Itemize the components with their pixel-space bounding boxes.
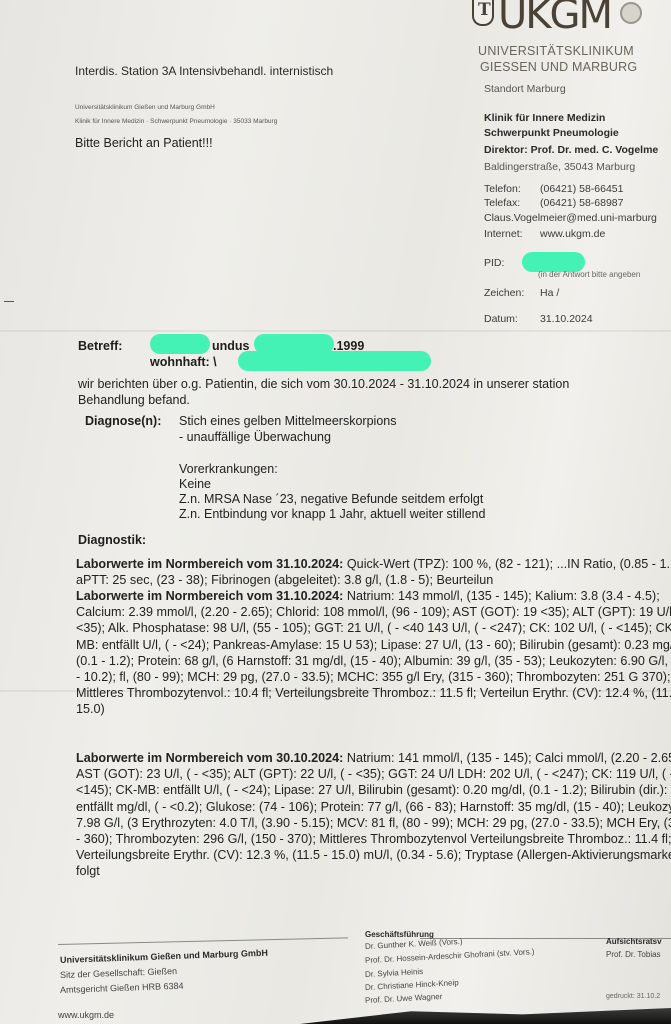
zeichen-value: Ha /: [540, 287, 559, 299]
management-member: Dr. Christiane Hinck-Kneip: [365, 978, 459, 992]
redaction-name: [150, 334, 210, 354]
footer-court: Amtsgericht Gießen HRB 6384: [60, 981, 184, 995]
board-label: Aufsichtsratsv: [606, 937, 662, 946]
internet-value[interactable]: www.ukgm.de: [540, 228, 605, 240]
datum-row: Datum:31.10.2024: [484, 313, 593, 325]
letter-page: UKGM UNIVERSITÄTSKLINIKUM GIESSEN UND MA…: [0, 0, 671, 1024]
clinic-specialty: Schwerpunkt Pneumologie: [484, 127, 619, 139]
clinic-address: Baldingerstraße, 35043 Marburg: [484, 161, 635, 173]
board-member: Prof. Dr. Tobias: [606, 950, 661, 959]
management-member: Prof. Dr. Uwe Wagner: [365, 992, 443, 1005]
management-member: Dr. Sylvia Heinis: [365, 967, 424, 979]
diagnosis-label: Diagnose(n):: [85, 414, 161, 428]
lab-block-chemistry-31-10: Laborwerte im Normbereich vom 31.10.2024…: [76, 588, 671, 718]
fax-row: Telefax:(06421) 58-68987: [484, 197, 623, 209]
fax-value: (06421) 58-68987: [540, 197, 623, 209]
datum-label: Datum:: [484, 313, 540, 325]
phone-value: (06421) 58-66451: [540, 183, 623, 195]
pid-label: PID:: [484, 257, 504, 269]
diagnostics-label: Diagnostik:: [78, 533, 146, 547]
datum-value: 31.10.2024: [540, 313, 593, 325]
intro-line-1: wir berichten über o.g. Patientin, die s…: [78, 377, 569, 391]
logo-brand: UKGM: [498, 0, 611, 38]
diagnosis-line: - unauffällige Überwachung: [179, 430, 331, 444]
management-member: Prof. Dr. Hossein-Ardeschir Ghofrani (st…: [365, 947, 535, 965]
internet-label: Internet:: [484, 228, 540, 240]
lab-heading: Laborwerte im Normbereich vom 31.10.2024…: [76, 557, 343, 571]
management-label: Geschäftsführung: [365, 930, 434, 939]
subject-address-label: wohnhaft: \: [150, 355, 217, 369]
pid-hint: (in der Antwort bitte angeben: [538, 270, 640, 279]
redaction-pid: [522, 252, 585, 272]
history-item: Keine: [179, 477, 211, 491]
phone-label: Telefon:: [484, 183, 540, 195]
logo-line2: GIESSEN UND MARBURG: [480, 60, 637, 74]
subject-label: Betreff:: [78, 339, 122, 353]
sender-line-1: Universitätsklinikum Gießen und Marburg …: [75, 104, 215, 111]
footer-seat: Sitz der Gesellschaft: Gießen: [60, 966, 177, 980]
redaction-address: [238, 351, 431, 371]
history-label: Vorerkrankungen:: [179, 462, 278, 476]
fold-mark: [4, 301, 14, 302]
management-member: Dr. Gunther K. Weiß (Vors.): [365, 937, 463, 951]
sender-line-2: Klinik für Innere Medizin · Schwerpunkt …: [75, 118, 277, 125]
crest-icon: [472, 0, 494, 26]
clinic-name: Klinik für Innere Medizin: [484, 112, 605, 124]
zeichen-row: Zeichen:Ha /: [484, 287, 559, 299]
location: Standort Marburg: [484, 83, 566, 95]
email[interactable]: Claus.Vogelmeier@med.uni-marburg: [484, 212, 657, 224]
ukgm-logo: UKGM UNIVERSITÄTSKLINIKUM GIESSEN UND MA…: [472, 0, 671, 80]
footer-company: Universitätsklinikum Gießen und Marburg …: [60, 948, 268, 965]
lab-block-coagulation: Laborwerte im Normbereich vom 31.10.2024…: [76, 556, 671, 588]
internet-row: Internet:www.ukgm.de: [484, 228, 605, 240]
report-note: Bitte Bericht an Patient!!!: [75, 136, 213, 150]
fax-label: Telefax:: [484, 197, 540, 209]
footer-web[interactable]: www.ukgm.de: [58, 1010, 114, 1020]
table-shadow: [300, 1008, 671, 1024]
clinic-director: Direktor: Prof. Dr. med. C. Vogelme: [484, 144, 658, 156]
history-item: Z.n. Entbindung vor knapp 1 Jahr, aktuel…: [179, 507, 485, 521]
lab-heading: Laborwerte im Normbereich vom 30.10.2024…: [76, 751, 343, 765]
seal-icon: [620, 2, 642, 24]
lab-values: Natrium: 143 mmol/l, (135 - 145); Kalium…: [76, 589, 671, 716]
diagnosis-line: Stich eines gelben Mittelmeerskorpions: [179, 414, 396, 428]
paper-fold: [0, 330, 671, 332]
lab-values: Natrium: 141 mmol/l, (135 - 145); Calci …: [76, 751, 671, 878]
printed-date: gedruckt: 31.10.2: [606, 993, 660, 1000]
lab-heading: Laborwerte im Normbereich vom 31.10.2024…: [76, 589, 343, 603]
zeichen-label: Zeichen:: [484, 287, 540, 299]
station-name: Interdis. Station 3A Intensivbehandl. in…: [75, 64, 333, 78]
lab-block-chemistry-30-10: Laborwerte im Normbereich vom 30.10.2024…: [76, 750, 671, 880]
intro-line-2: Behandlung befand.: [78, 393, 190, 407]
footer-divider: [58, 937, 348, 945]
phone-row: Telefon:(06421) 58-66451: [484, 183, 623, 195]
logo-line1: UNIVERSITÄTSKLINIKUM: [478, 44, 634, 58]
history-item: Z.n. MRSA Nase ´23, negative Befunde sei…: [179, 492, 483, 506]
